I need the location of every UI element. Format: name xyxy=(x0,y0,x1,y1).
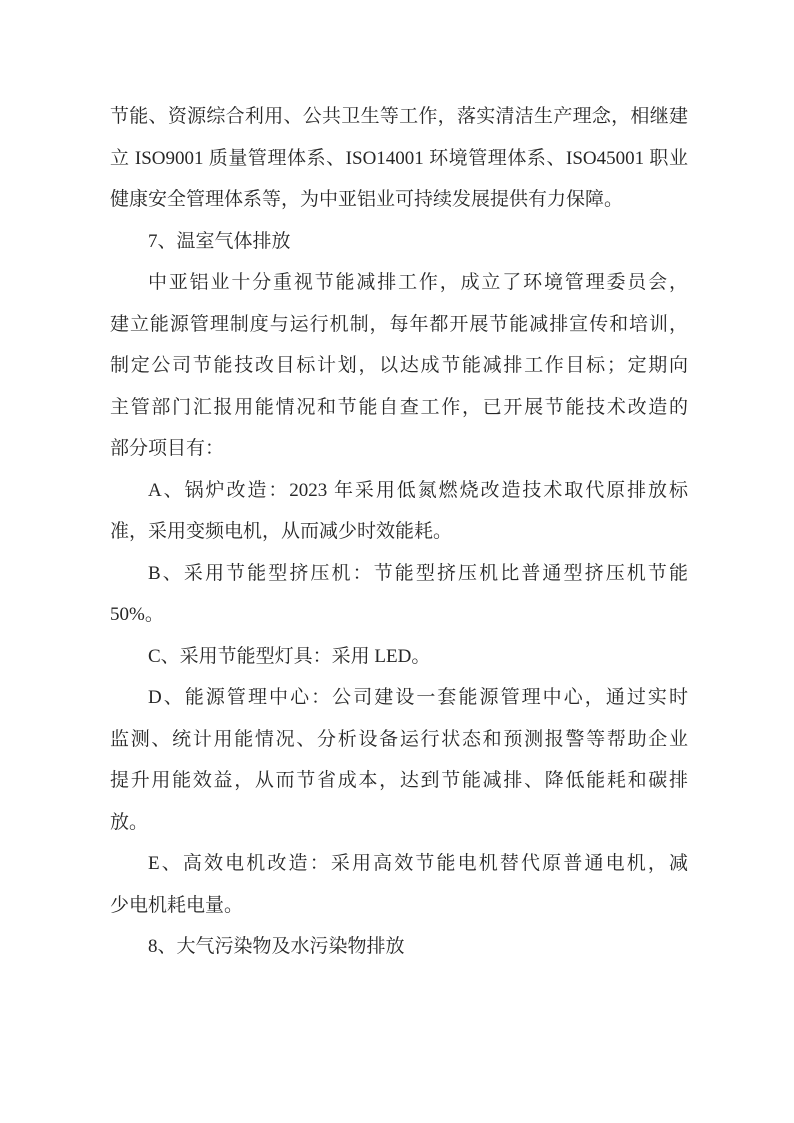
paragraph: 中亚铝业十分重视节能减排工作，成立了环境管理委员会，建立能源管理制度与运行机制，… xyxy=(110,262,688,470)
text-line: 监测、统计用能情况、分析设备运行状态和预测报警等帮助企业 xyxy=(110,719,688,761)
text-line: 中亚铝业十分重视节能减排工作，成立了环境管理委员会， xyxy=(110,262,688,304)
text-line: 部分项目有： xyxy=(110,428,688,470)
text-line: 少电机耗电量。 xyxy=(110,885,688,927)
text-line: 放。 xyxy=(110,802,688,844)
paragraph: 节能、资源综合利用、公共卫生等工作，落实清洁生产理念，相继建立 ISO9001 … xyxy=(110,96,688,221)
text-line: 50%。 xyxy=(110,594,688,636)
text-line: 健康安全管理体系等，为中亚铝业可持续发展提供有力保障。 xyxy=(110,179,688,221)
text-line: 8、大气污染物及水污染物排放 xyxy=(110,926,688,968)
section-heading: 8、大气污染物及水污染物排放 xyxy=(110,926,688,968)
text-line: 立 ISO9001 质量管理体系、ISO14001 环境管理体系、ISO4500… xyxy=(110,138,688,180)
document-page: 节能、资源综合利用、公共卫生等工作，落实清洁生产理念，相继建立 ISO9001 … xyxy=(0,0,794,1123)
list-item-paragraph: D、能源管理中心：公司建设一套能源管理中心，通过实时监测、统计用能情况、分析设备… xyxy=(110,677,688,843)
text-line: 节能、资源综合利用、公共卫生等工作，落实清洁生产理念，相继建 xyxy=(110,96,688,138)
text-line: 制定公司节能技改目标计划，以达成节能减排工作目标；定期向 xyxy=(110,345,688,387)
section-heading: 7、温室气体排放 xyxy=(110,221,688,263)
list-item-paragraph: C、采用节能型灯具：采用 LED。 xyxy=(110,636,688,678)
text-line: 7、温室气体排放 xyxy=(110,221,688,263)
text-line: C、采用节能型灯具：采用 LED。 xyxy=(110,636,688,678)
text-line: 准，采用变频电机，从而减少时效能耗。 xyxy=(110,511,688,553)
text-line: 主管部门汇报用能情况和节能自查工作，已开展节能技术改造的 xyxy=(110,387,688,429)
document-body-text: 节能、资源综合利用、公共卫生等工作，落实清洁生产理念，相继建立 ISO9001 … xyxy=(110,96,688,968)
list-item-paragraph: A、锅炉改造：2023 年采用低氮燃烧改造技术取代原排放标准，采用变频电机，从而… xyxy=(110,470,688,553)
text-line: D、能源管理中心：公司建设一套能源管理中心，通过实时 xyxy=(110,677,688,719)
text-line: 建立能源管理制度与运行机制，每年都开展节能减排宣传和培训， xyxy=(110,304,688,346)
text-line: E、高效电机改造：采用高效节能电机替代原普通电机，减 xyxy=(110,843,688,885)
text-line: A、锅炉改造：2023 年采用低氮燃烧改造技术取代原排放标 xyxy=(110,470,688,512)
list-item-paragraph: E、高效电机改造：采用高效节能电机替代原普通电机，减少电机耗电量。 xyxy=(110,843,688,926)
text-line: B、采用节能型挤压机：节能型挤压机比普通型挤压机节能 xyxy=(110,553,688,595)
list-item-paragraph: B、采用节能型挤压机：节能型挤压机比普通型挤压机节能50%。 xyxy=(110,553,688,636)
text-line: 提升用能效益，从而节省成本，达到节能减排、降低能耗和碳排 xyxy=(110,760,688,802)
